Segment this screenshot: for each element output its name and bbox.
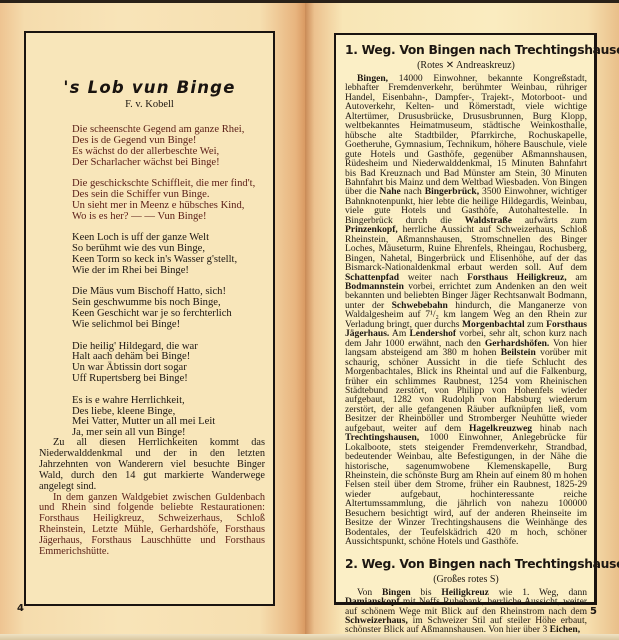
poem-line: Wo is es her? — — Vun Binge! [72,212,272,223]
poem-line: Wie selichmol bei Binge! [72,320,272,331]
place-name: Schweizerhaus, [345,615,408,626]
bottom-edge [0,634,619,640]
place-name: Beilstein [501,347,536,358]
page-number-right: 5 [590,606,597,617]
route-heading: 1. Weg. Von Bingen nach Trechtingshausen [345,43,587,57]
place-name: Forsthaus Heiligkreuz, [467,272,567,283]
route-marker: (Rotes ✕ Andreaskreuz) [345,60,587,71]
right-page-frame: 1. Weg. Von Bingen nach Trechtingshausen… [334,33,597,605]
prose-paragraph: In dem ganzen Waldgebiet zwischen Gulden… [39,493,265,558]
poem-stanza: Es is e wahre Herrlichkeit,Des liebe, kl… [72,396,272,440]
poem-line: Wie der im Rhei bei Binge! [72,266,272,277]
place-name: Bingen, [357,73,388,84]
route-description: Bingen, 14000 Einwohner, bekannte Kongre… [345,74,587,547]
left-page: 's Lob vun Binge F. v. Kobell Die scheen… [0,0,305,640]
place-name: Prinzenkopf, [345,224,398,235]
route-description: Von Bingen bis Heiligkreuz wie 1. Weg, d… [345,588,587,635]
poem-line: Der Scharlacher wächst bei Binge! [72,158,272,169]
page-number-left: 4 [17,603,24,614]
poem-stanza: Die scheenschte Gegend am ganze Rhei,Des… [72,125,272,169]
place-name: Bodmannstein [345,281,404,292]
place-name: Damianskopf [345,596,400,607]
poem-line: Es is e wahre Herrlichkeit, [72,396,272,407]
book-spread: 's Lob vun Binge F. v. Kobell Die scheen… [0,0,619,640]
poem-stanza: Die Mäus vum Bischoff Hatto, sich!Sein g… [72,287,272,331]
poem-stanza: Die heilig' Hildegard, die warHalt aach … [72,342,272,386]
place-name: Trechtingshausen, [345,432,419,443]
right-page: 1. Weg. Von Bingen nach Trechtingshausen… [305,0,619,640]
poem-line: Uff Rupertsberg bei Binge! [72,374,272,385]
poem-author: F. v. Kobell [26,99,273,110]
prose-paragraph: Zu all diesen Herrlichkeiten kommt das N… [39,438,265,493]
poem-stanza: Keen Loch is uff der ganze WeltSo berühm… [72,233,272,277]
place-name: Lendershof [409,328,456,339]
place-name: Schwebebahn [392,300,448,311]
left-page-frame: 's Lob vun Binge F. v. Kobell Die scheen… [24,31,275,606]
poem-stanzas: Die scheenschte Gegend am ganze Rhei,Des… [72,125,272,450]
place-name: Nahe [380,186,401,197]
poem-stanza: Die geschickschte Schiffleit, die mer fi… [72,179,272,223]
route-descriptions: 1. Weg. Von Bingen nach Trechtingshausen… [345,43,587,635]
top-edge-shadow [0,0,619,3]
place-name: Morgenbachtal [462,319,525,330]
route-heading: 2. Weg. Von Bingen nach Trechtingshausen [345,557,587,571]
place-name: Hagelkreuzweg [469,423,532,434]
place-name: Heiligkreuz [441,587,489,598]
poem-title: 's Lob vun Binge [26,78,273,97]
place-name: Waldstraße [465,215,512,226]
route-marker: (Großes rotes S) [345,574,587,585]
place-name: Bingerbrück, [425,186,479,197]
left-prose: Zu all diesen Herrlichkeiten kommt das N… [39,438,265,558]
